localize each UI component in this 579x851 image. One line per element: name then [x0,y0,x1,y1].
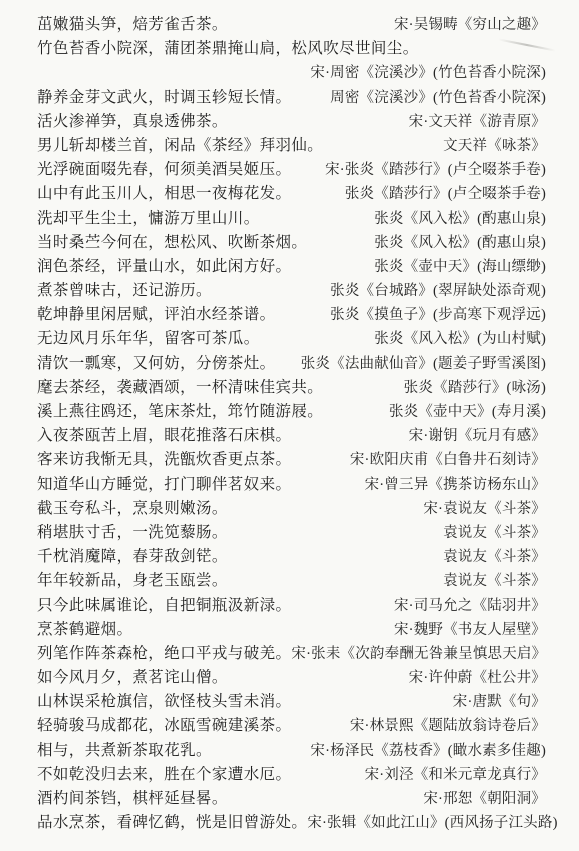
verse-text: 品水烹茶，看碑忆鹤，恍是旧曾游处。 [37,811,307,835]
verse-text: 山林误采枪旗信，欲怪枝头雪未消。 [37,690,291,714]
poem-row: 乾坤静里闲居赋，评泊水经茶谱。 张炎《摸鱼子》(步高寒下观浮远) [37,303,546,327]
verse-text: 相与，共煮新茶取花乳。 [37,739,212,763]
poem-row: 入夜茶瓯苦上眉，眼花推落石床棋。 宋·谢钥《玩月有感》 [37,424,546,448]
poem-row: 竹色苔香小院深，蒲团茶鼎掩山扃，松风吹尽世间尘。 [37,37,546,61]
poem-row: 静养金芽文武火，时调玉轸短长情。 周密《浣溪沙》(竹色苔香小院深) [37,86,546,110]
verse-text: 入夜茶瓯苦上眉，眼花推落石床棋。 [37,424,291,448]
attribution-text: 宋·刘泾《和米元章龙真行》 [365,763,546,787]
attribution-text: 宋·吴锡畴《穷山之趣》 [394,13,546,37]
book-page: 茁嫩猫头笋，焙芳雀舌茶。 宋·吴锡畴《穷山之趣》 竹色苔香小院深，蒲团茶鼎掩山扃… [0,0,579,851]
verse-text: 列笔作阵茶森枪，绝口平戎与破羌。 [37,642,291,666]
verse-text: 客来访我惭无具，洗甑炊香更点茶。 [37,448,291,472]
attribution-text: 张炎《壶中天》(海山缥缈) [374,255,546,279]
poem-row: 无边风月乐年华，留客可茶瓜。 张炎《风入松》(为山村赋) [37,327,546,351]
verse-text: 润色茶经，评量山水，如此闲方好。 [37,255,291,279]
verse-text: 静养金芽文武火，时调玉轸短长情。 [37,86,291,110]
attribution-text: 张炎《台城路》(翠屏缺处添奇观) [330,279,546,303]
poem-row: 只今此味属谁论，自把铜瓶汲新渌。 宋·司马允之《陆羽井》 [37,594,546,618]
attribution-text: 张炎《法曲献仙音》(题姜子野雪溪图) [301,352,546,376]
poem-row: 列笔作阵茶森枪，绝口平戎与破羌。 宋·张耒《次韵奉酬无咎兼呈慎思天启》 [37,642,546,666]
attribution-text: 张炎《摸鱼子》(步高寒下观浮远) [330,303,546,327]
attribution-text: 张炎《踏莎行》(卢仝啜茶手卷) [345,182,546,206]
attribution-text: 张炎《风入松》(酌惠山泉) [374,207,546,231]
verse-text: 只今此味属谁论，自把铜瓶汲新渌。 [37,594,291,618]
attribution-text: 宋·周密《浣溪沙》(竹色苔香小院深) [310,61,546,85]
attribution-text: 袁说友《斗茶》 [443,521,546,545]
verse-text: 千枕消魔障，春芽敌剑铓。 [37,545,228,569]
verse-text: 洗却平生尘土，慵游万里山川。 [37,207,260,231]
verse-text: 如今风月夕，煮茗诧山僧。 [37,666,228,690]
poem-row: 煮茶曾味古，还记游历。 张炎《台城路》(翠屏缺处添奇观) [37,279,546,303]
poem-row: 麾去茶经，袭藏酒颂，一杯清味佳宾共。 张炎《踏莎行》(咏汤) [37,376,546,400]
poem-row: 茁嫩猫头笋，焙芳雀舌茶。 宋·吴锡畴《穷山之趣》 [37,13,546,37]
verse-text: 光浮碗面啜先春，何须美酒吴姬压。 [37,158,291,182]
poem-row: 轻骑骏马成都花，冰瓯雪碗建溪茶。 宋·林景熙《题陆放翁诗卷后》 [37,714,546,738]
verse-text: 轻骑骏马成都花，冰瓯雪碗建溪茶。 [37,714,291,738]
attribution-text: 袁说友《斗茶》 [443,545,546,569]
verse-text: 清饮一瓢寒，又何妨，分傍茶灶。 [37,352,276,376]
attribution-text: 张炎《风入松》(酌惠山泉) [374,231,546,255]
attribution-text: 宋·唐默《句》 [453,690,546,714]
verse-text: 稍堪肤寸舌，一洗笕藜肠。 [37,521,228,545]
poem-row: 千枕消魔障，春芽敌剑铓。 袁说友《斗茶》 [37,545,546,569]
verse-text: 知道华山方睡觉，打门聊伴茗奴来。 [37,473,291,497]
poem-row: 烹茶鹤避烟。 宋·魏野《书友人屋壁》 [37,618,546,642]
poem-row: 活火渗禅笋，真泉透佛茶。 宋·文天祥《游青原》 [37,110,546,134]
verse-text: 麾去茶经，袭藏酒颂，一杯清味佳宾共。 [37,376,323,400]
poem-row: 知道华山方睡觉，打门聊伴茗奴来。 宋·曾三异《携茶访杨东山》 [37,473,546,497]
verse-text: 男儿斩却楼兰首，闲品《茶经》拜羽仙。 [37,134,323,158]
poem-row: 山林误采枪旗信，欲怪枝头雪未消。 宋·唐默《句》 [37,690,546,714]
poem-row: 洗却平生尘土，慵游万里山川。 张炎《风入松》(酌惠山泉) [37,207,546,231]
poem-row: 截玉夸私斗，烹泉则嫩汤。 宋·袁说友《斗茶》 [37,497,546,521]
poem-row: 稍堪肤寸舌，一洗笕藜肠。 袁说友《斗茶》 [37,521,546,545]
poem-row: 客来访我惭无具，洗甑炊香更点茶。 宋·欧阳庆甫《白鲁井石刻诗》 [37,448,546,472]
attribution-text: 周密《浣溪沙》(竹色苔香小院深) [330,86,546,110]
verse-text: 无边风月乐年华，留客可茶瓜。 [37,327,260,351]
verse-text: 溪上燕往鸥还，笔床茶灶，筇竹随游屐。 [37,400,323,424]
poem-row: 男儿斩却楼兰首，闲品《茶经》拜羽仙。 文天祥《咏茶》 [37,134,546,158]
poem-row: 清饮一瓢寒，又何妨，分傍茶灶。 张炎《法曲献仙音》(题姜子野雪溪图) [37,352,546,376]
poem-row: 光浮碗面啜先春，何须美酒吴姬压。 宋·张炎《踏莎行》(卢仝啜茶手卷) [37,158,546,182]
verse-text: 年年较新品，身老玉瓯尝。 [37,569,228,593]
verse-text: 烹茶鹤避烟。 [37,618,132,642]
verse-text: 活火渗禅笋，真泉透佛茶。 [37,110,228,134]
verse-text: 山中有此玉川人，相思一夜梅花发。 [37,182,291,206]
attribution-text: 宋·林景熙《题陆放翁诗卷后》 [350,714,546,738]
poem-row: 酒杓间茶铛，棋枰延昼晷。 宋·邢恕《朝阳洞》 [37,787,546,811]
poem-row: 如今风月夕，煮茗诧山僧。 宋·许仲蔚《杜公井》 [37,666,546,690]
attribution-text: 宋·魏野《书友人屋壁》 [394,618,546,642]
poem-row: 润色茶经，评量山水，如此闲方好。 张炎《壶中天》(海山缥缈) [37,255,546,279]
verse-text: 煮茶曾味古，还记游历。 [37,279,212,303]
attribution-text: 宋·张辑《如此江山》(西风扬子江头路) [307,811,557,835]
attribution-text: 宋·许仲蔚《杜公井》 [409,666,546,690]
attribution-text: 张炎《踏莎行》(咏汤) [404,376,546,400]
attribution-text: 宋·曾三异《携茶访杨东山》 [365,473,546,497]
attribution-text: 宋·谢钥《玩月有感》 [409,424,546,448]
attribution-text: 宋·邢恕《朝阳洞》 [423,787,546,811]
poem-row: 年年较新品，身老玉瓯尝。 袁说友《斗茶》 [37,569,546,593]
attribution-text: 张炎《壶中天》(寿月溪) [389,400,546,424]
attribution-text: 张炎《风入松》(为山村赋) [374,327,546,351]
poem-row: 相与，共煮新茶取花乳。 宋·杨泽民《荔枝香》(瞰水素多佳趣) [37,739,546,763]
verse-text: 乾坤静里闲居赋，评泊水经茶谱。 [37,303,276,327]
verse-text: 截玉夸私斗，烹泉则嫩汤。 [37,497,228,521]
poem-row: 品水烹茶，看碑忆鹤，恍是旧曾游处。 宋·张辑《如此江山》(西风扬子江头路) [37,811,546,835]
poem-row: 山中有此玉川人，相思一夜梅花发。 张炎《踏莎行》(卢仝啜茶手卷) [37,182,546,206]
verse-text: 当时桑苎今何在，想松风、吹断茶烟。 [37,231,307,255]
attribution-text: 宋·文天祥《游青原》 [409,110,546,134]
attribution-text: 宋·袁说友《斗茶》 [423,497,546,521]
poem-row: 当时桑苎今何在，想松风、吹断茶烟。 张炎《风入松》(酌惠山泉) [37,231,546,255]
attribution-text: 文天祥《咏茶》 [443,134,546,158]
verse-text: 不如乾没归去来，胜在个家遭水厄。 [37,763,291,787]
attribution-text: 宋·欧阳庆甫《白鲁井石刻诗》 [350,448,546,472]
poem-row: 溪上燕往鸥还，笔床茶灶，筇竹随游屐。 张炎《壶中天》(寿月溪) [37,400,546,424]
attribution-text: 宋·司马允之《陆羽井》 [394,594,546,618]
verse-text: 竹色苔香小院深，蒲团茶鼎掩山扃，松风吹尽世间尘。 [37,37,419,61]
poem-row: 宋·周密《浣溪沙》(竹色苔香小院深) [37,61,546,85]
poem-row: 不如乾没归去来，胜在个家遭水厄。 宋·刘泾《和米元章龙真行》 [37,763,546,787]
poem-list: 茁嫩猫头笋，焙芳雀舌茶。 宋·吴锡畴《穷山之趣》 竹色苔香小院深，蒲团茶鼎掩山扃… [37,13,546,835]
attribution-text: 宋·张炎《踏莎行》(卢仝啜茶手卷) [325,158,546,182]
verse-text: 酒杓间茶铛，棋枰延昼晷。 [37,787,228,811]
attribution-text: 宋·张耒《次韵奉酬无咎兼呈慎思天启》 [291,642,546,666]
verse-text: 茁嫩猫头笋，焙芳雀舌茶。 [37,13,228,37]
attribution-text: 宋·杨泽民《荔枝香》(瞰水素多佳趣) [310,739,546,763]
attribution-text: 袁说友《斗茶》 [443,569,546,593]
